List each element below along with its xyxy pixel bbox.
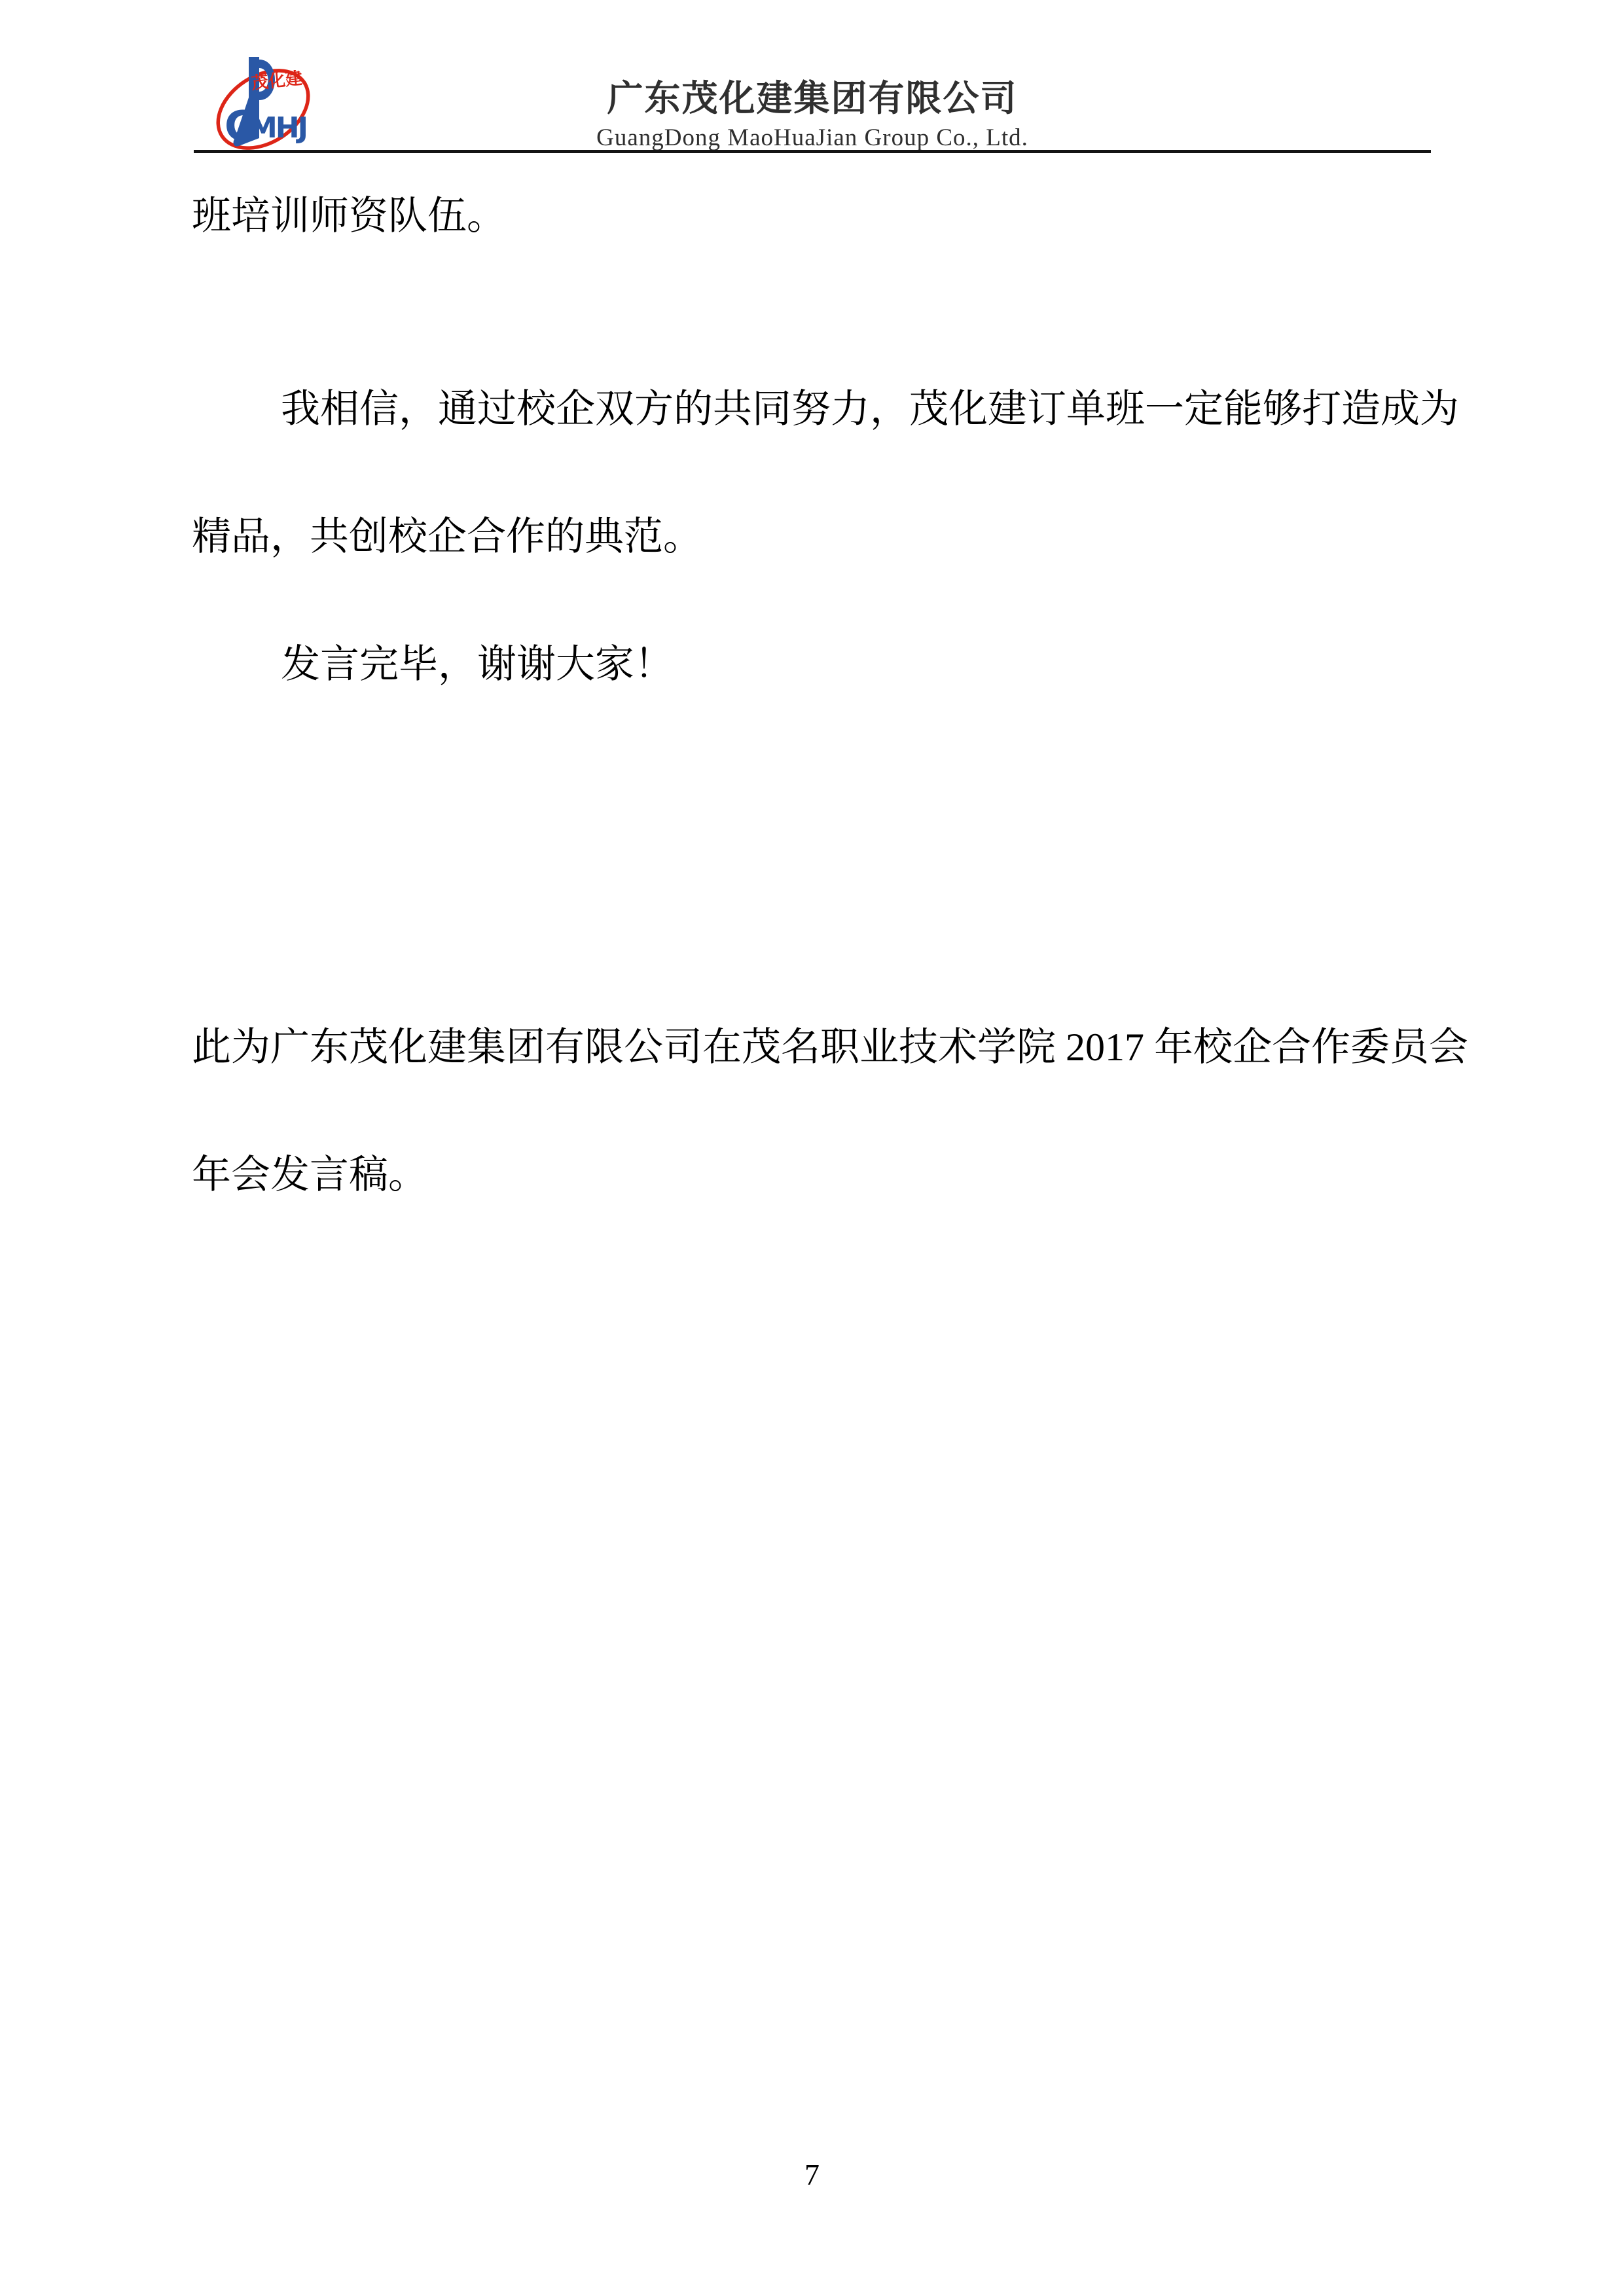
body-line: 发言完毕，谢谢大家！ [281, 643, 674, 687]
document-page: G MHJ 茂化建 广东茂化建集团有限公司 GuangDong MaoHuaJi… [0, 0, 1624, 2296]
company-name-chinese: 广东茂化建集团有限公司 [194, 81, 1431, 117]
header-divider-rule [194, 150, 1431, 153]
company-name-english: GuangDong MaoHuaJian Group Co., Ltd. [194, 126, 1431, 150]
body-line: 此为广东茂化建集团有限公司在茂名职业技术学院 2017 年校企合作委员会 [192, 1026, 1468, 1069]
body-line: 班培训师资队伍。 [192, 194, 506, 238]
page-header: G MHJ 茂化建 广东茂化建集团有限公司 GuangDong MaoHuaJi… [0, 0, 1624, 154]
body-line: 我相信，通过校企双方的共同努力，茂化建订单班一定能够打造成为 [281, 387, 1459, 431]
body-line: 年会发言稿。 [192, 1153, 427, 1197]
page-number: 7 [0, 2160, 1624, 2190]
body-line: 精品，共创校企合作的典范。 [192, 515, 702, 559]
